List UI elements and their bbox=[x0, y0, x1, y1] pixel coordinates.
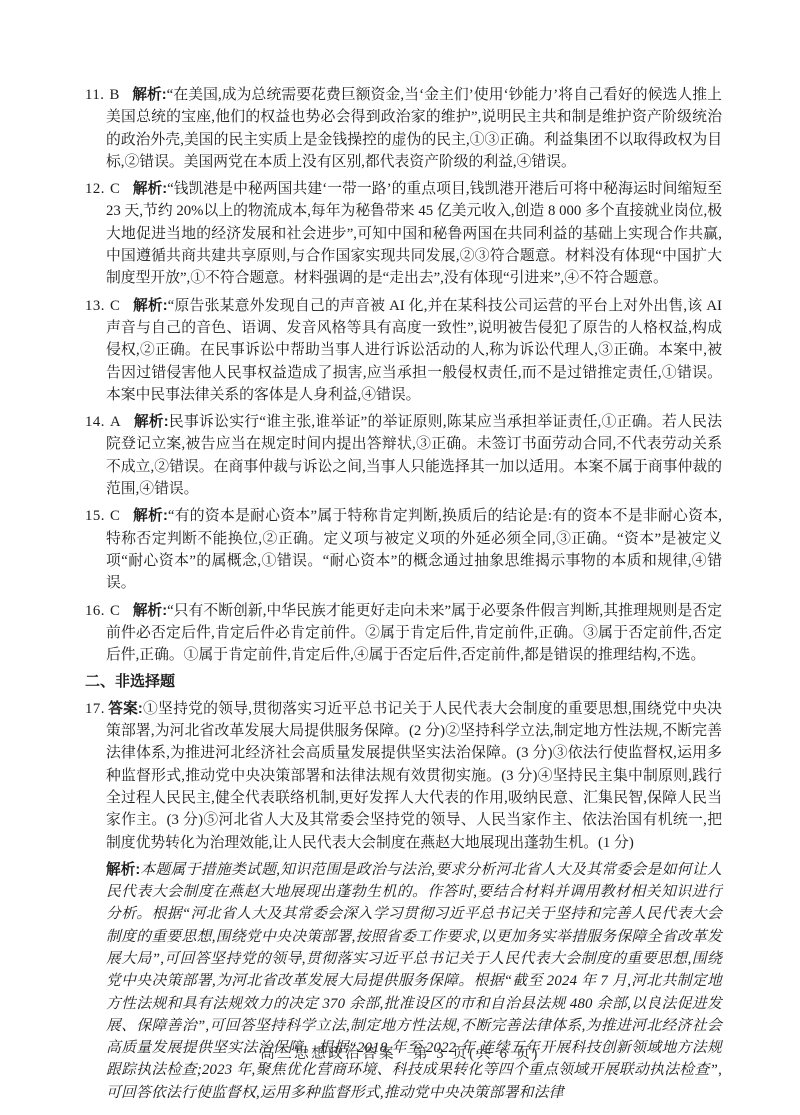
analysis-text: 民事诉讼实行“谁主张,谁举证”的举证原则,陈某应当承担举证责任,①正确。若人民法… bbox=[106, 414, 722, 497]
page-footer: 高三思想政治答案 第 3 页(共 6 页) bbox=[0, 1042, 800, 1063]
analysis-text: “在美国,成为总统需要花费巨额资金,当‘金主们’使用‘钞能力’将自己看好的候选人… bbox=[106, 87, 722, 170]
analysis-label: 解析: bbox=[133, 508, 168, 524]
content-area: 11.B解析:“在美国,成为总统需要花费巨额资金,当‘金主们’使用‘钞能力’将自… bbox=[85, 84, 722, 1109]
section-heading-non-choice: 二、非选择题 bbox=[85, 671, 722, 693]
answer-item-16: 16.C解析:“只有不断创新,中华民族才能更好走向未来”属于必要条件假言判断,其… bbox=[85, 600, 722, 667]
answer-letter: C bbox=[110, 181, 120, 197]
item-number: 14. bbox=[85, 414, 105, 430]
item-number: 17. bbox=[85, 701, 105, 717]
answer-item-12: 12.C解析:“钱凯港是中秘两国共建‘一带一路’的重点项目,钱凯港开港后可将中秘… bbox=[85, 178, 722, 289]
answer-text: ①坚持党的领导,贯彻落实习近平总书记关于人民代表大会制度的重要思想,围绕党中央决… bbox=[106, 701, 722, 851]
item-number: 16. bbox=[85, 603, 105, 619]
item-number: 15. bbox=[85, 508, 105, 524]
analysis-label: 解析: bbox=[133, 298, 168, 314]
answer-letter: B bbox=[109, 87, 119, 103]
analysis-label: 解析: bbox=[132, 87, 166, 103]
item-number: 13. bbox=[85, 298, 105, 314]
answer-letter: C bbox=[110, 508, 120, 524]
answer-item-14: 14.A解析:民事诉讼实行“谁主张,谁举证”的举证原则,陈某应当承担举证责任,①… bbox=[85, 411, 722, 500]
analysis-label: 解析: bbox=[133, 181, 167, 197]
item-number: 12. bbox=[85, 181, 105, 197]
analysis-text: “只有不断创新,中华民族才能更好走向未来”属于必要条件假言判断,其推理规则是否定… bbox=[106, 603, 722, 664]
answer-item-11: 11.B解析:“在美国,成为总统需要花费巨额资金,当‘金主们’使用‘钞能力’将自… bbox=[85, 84, 722, 173]
item-number: 11. bbox=[85, 87, 104, 103]
answer-letter: A bbox=[110, 414, 121, 430]
q17-analysis-paragraph: 解析:本题属于措施类试题,知识范围是政治与法治,要求分析河北省人大及其常委会是如… bbox=[85, 859, 722, 1104]
analysis-label: 解析: bbox=[134, 414, 169, 430]
answer-label: 答案: bbox=[108, 701, 143, 717]
footer-text: 高三思想政治答案 第 3 页(共 6 页) bbox=[260, 1046, 540, 1062]
analysis-label: 解析: bbox=[106, 862, 140, 878]
analysis-label: 解析: bbox=[133, 603, 167, 619]
analysis-text: “钱凯港是中秘两国共建‘一带一路’的重点项目,钱凯港开港后可将中秘海运时间缩短至… bbox=[106, 181, 722, 286]
answer-item-13: 13.C解析:“原告张某意外发现自己的声音被 AI 化,并在某科技公司运营的平台… bbox=[85, 295, 722, 406]
answer-letter: C bbox=[110, 298, 120, 314]
answer-sheet-page: 11.B解析:“在美国,成为总统需要花费巨额资金,当‘金主们’使用‘钞能力’将自… bbox=[0, 0, 800, 1115]
analysis-text: “有的资本是耐心资本”属于特称肯定判断,换质后的结论是:有的资本不是非耐心资本,… bbox=[106, 508, 722, 591]
analysis-text: “原告张某意外发现自己的声音被 AI 化,并在某科技公司运营的平台上对外出售,该… bbox=[106, 298, 722, 403]
answer-item-15: 15.C解析:“有的资本是耐心资本”属于特称肯定判断,换质后的结论是:有的资本不… bbox=[85, 505, 722, 594]
analysis-text: 本题属于措施类试题,知识范围是政治与法治,要求分析河北省人大及其常委会是如何让人… bbox=[106, 862, 722, 1101]
q17-answer-paragraph: 17.答案:①坚持党的领导,贯彻落实习近平总书记关于人民代表大会制度的重要思想,… bbox=[85, 698, 722, 854]
answer-letter: C bbox=[110, 603, 120, 619]
